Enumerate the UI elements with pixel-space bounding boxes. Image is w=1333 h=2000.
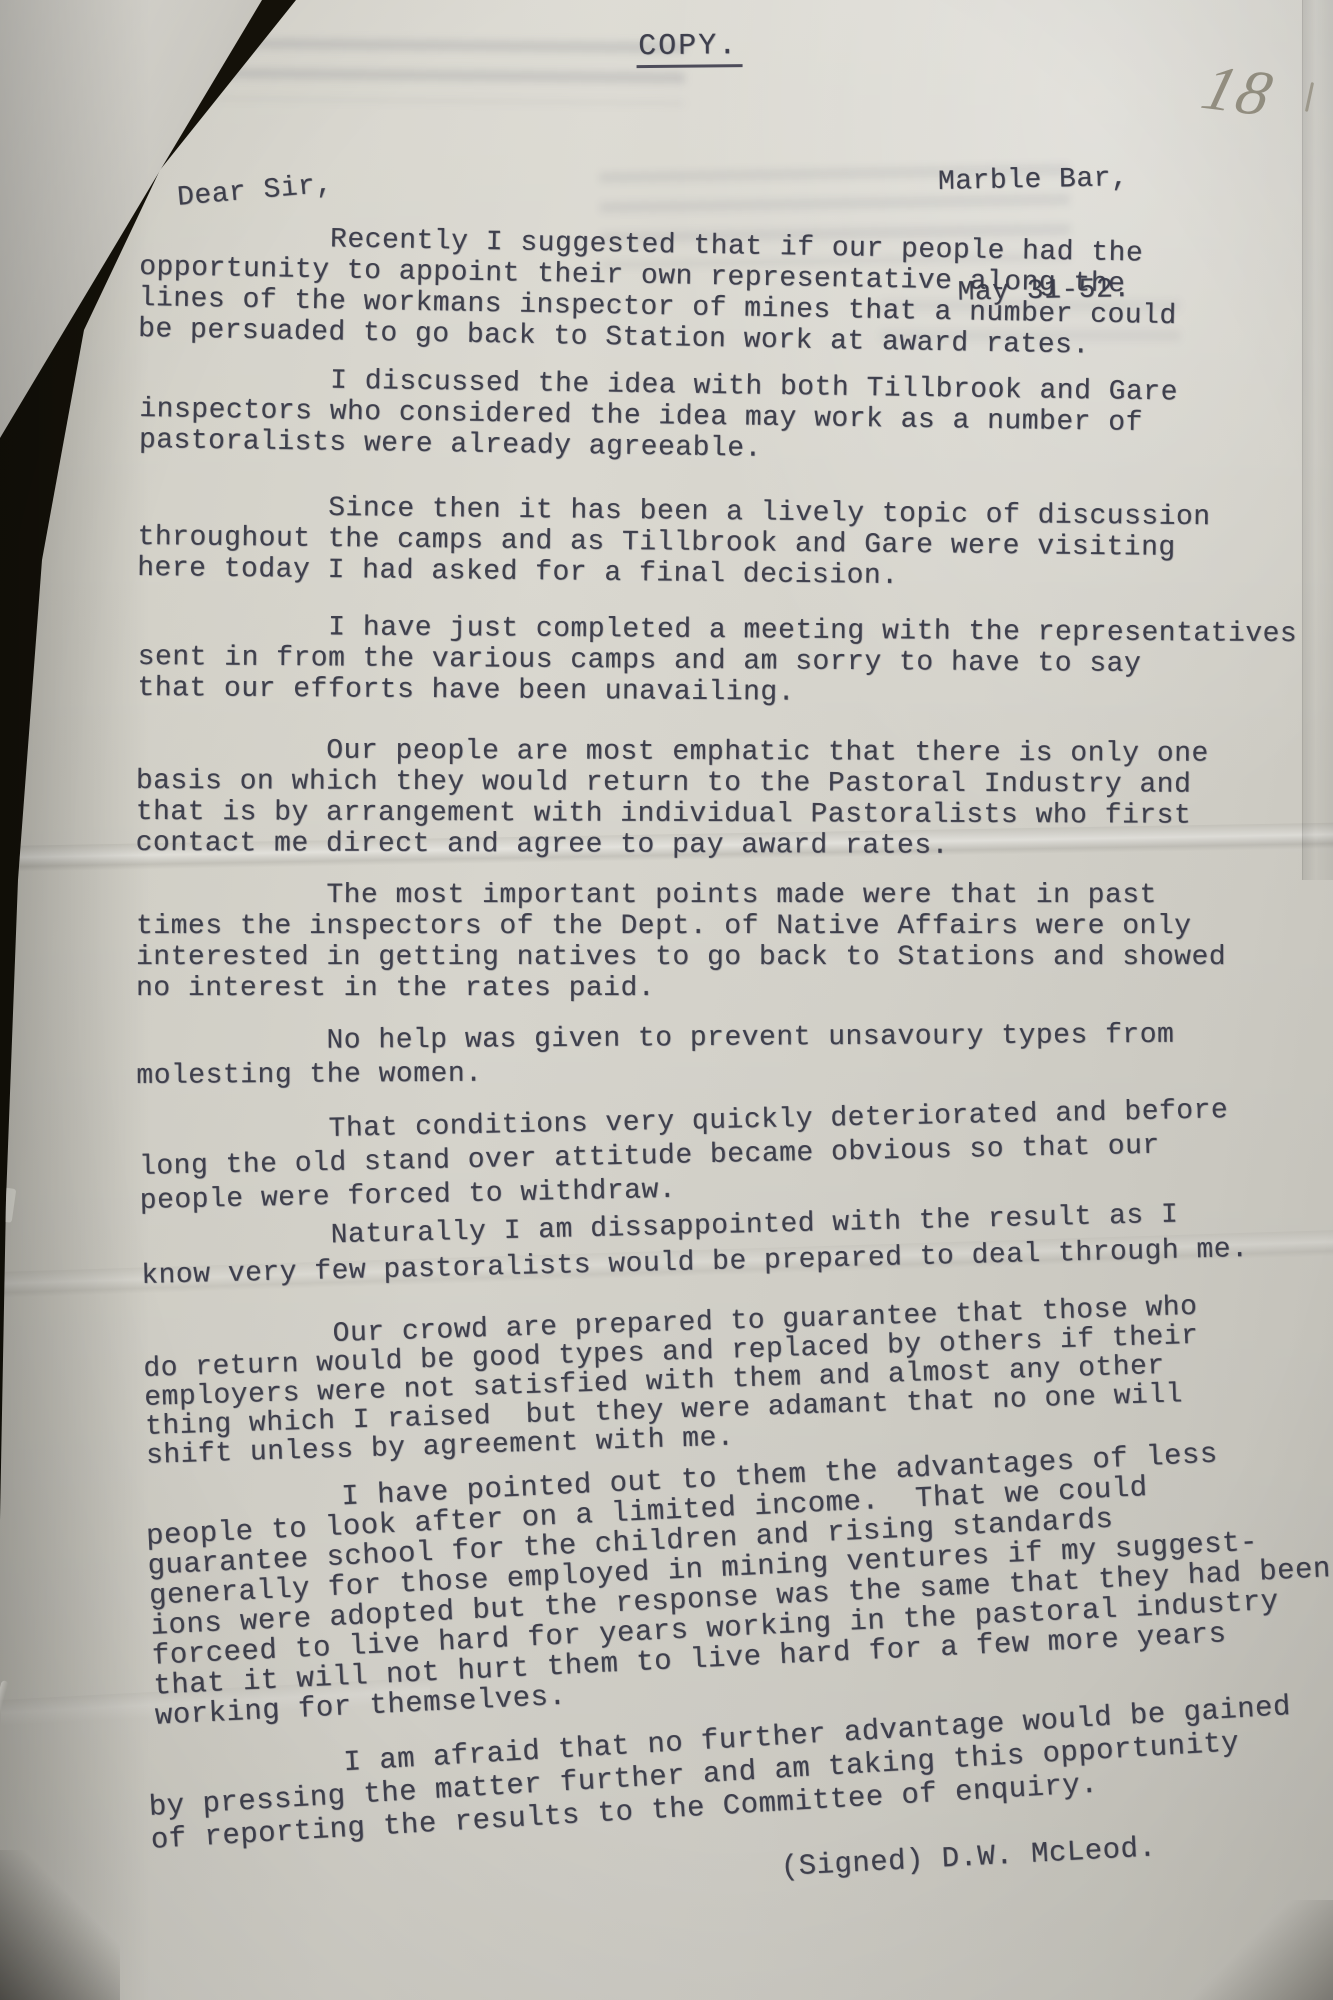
letter-page: COPY. Marble Bar, May 31-52. 18 Dear Sir… [0, 0, 1333, 2000]
bottom-right-corner-shadow [1193, 1900, 1333, 2000]
signature-line: (Signed) D.W. McLeod. [780, 1832, 1157, 1883]
paragraph-10: Our crowd are prepared to guarantee that… [142, 1293, 1202, 1471]
copy-heading: COPY. [532, 0, 743, 100]
paragraph-7: No help was given to prevent unsavoury t… [136, 1019, 1175, 1094]
handwritten-page-number: 18 [1195, 51, 1282, 131]
right-page-edge-shadow [1302, 0, 1333, 880]
paragraph-2: I discussed the idea with both Tillbrook… [139, 363, 1178, 470]
salutation: Dear Sir, [176, 169, 334, 213]
paragraph-4: I have just completed a meeting with the… [137, 611, 1297, 712]
left-edge-tear [0, 1187, 16, 1223]
bottom-left-corner-shadow [0, 1850, 120, 2000]
paragraph-11: I have pointed out to them the advantage… [144, 1434, 1333, 1731]
copy-heading-text: COPY. [636, 31, 742, 68]
paragraph-6: The most important points made were that… [136, 880, 1226, 1004]
paragraph-1: Recently I suggested that if our people … [138, 221, 1178, 363]
letter-place: Marble Bar, [938, 160, 1129, 201]
scanned-letter-photo: COPY. Marble Bar, May 31-52. 18 Dear Sir… [0, 0, 1333, 2000]
paragraph-5: Our people are most emphatic that there … [136, 735, 1209, 863]
paragraph-3: Since then it has been a lively topic of… [137, 491, 1211, 595]
